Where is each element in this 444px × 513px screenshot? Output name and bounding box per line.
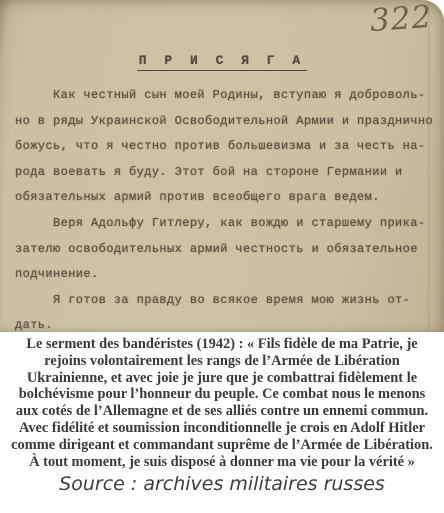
typewritten-line: Веря Адольфу Гитлеру, как вождю и старше… <box>15 211 439 237</box>
source-line: Source : archives militaires russes <box>0 473 444 495</box>
oath-body: Как честный сын моей Родины, вступаю я д… <box>15 83 439 339</box>
typewritten-line: но в ряды Украинской Освободительной Арм… <box>15 109 439 135</box>
typewritten-line: подчинение. <box>15 262 439 288</box>
typewritten-line: обязательных армий против всеобщего враг… <box>15 185 439 211</box>
handwritten-page-number: 322 <box>369 0 434 39</box>
typewritten-line: Я готов за правду во всякое время мою жи… <box>15 288 439 314</box>
typewritten-line: рода воевать я буду. Этот бой на стороне… <box>15 160 439 186</box>
document-scan: 322 П Р И С Я Г А Как честный сын моей Р… <box>0 0 444 332</box>
typewritten-line: Как честный сын моей Родины, вступаю я д… <box>15 83 439 109</box>
typewritten-line: зателю освободительных армий честность и… <box>15 237 439 263</box>
page: 322 П Р И С Я Г А Как честный сын моей Р… <box>0 0 444 513</box>
oath-title: П Р И С Я Г А <box>137 53 307 71</box>
caption-text: Le serment des bandéristes (1942) : « Fi… <box>0 333 444 470</box>
caption-area: Le serment des bandéristes (1942) : « Fi… <box>0 333 444 495</box>
typewritten-line: божусь, что я честно против большевизма … <box>15 134 439 160</box>
